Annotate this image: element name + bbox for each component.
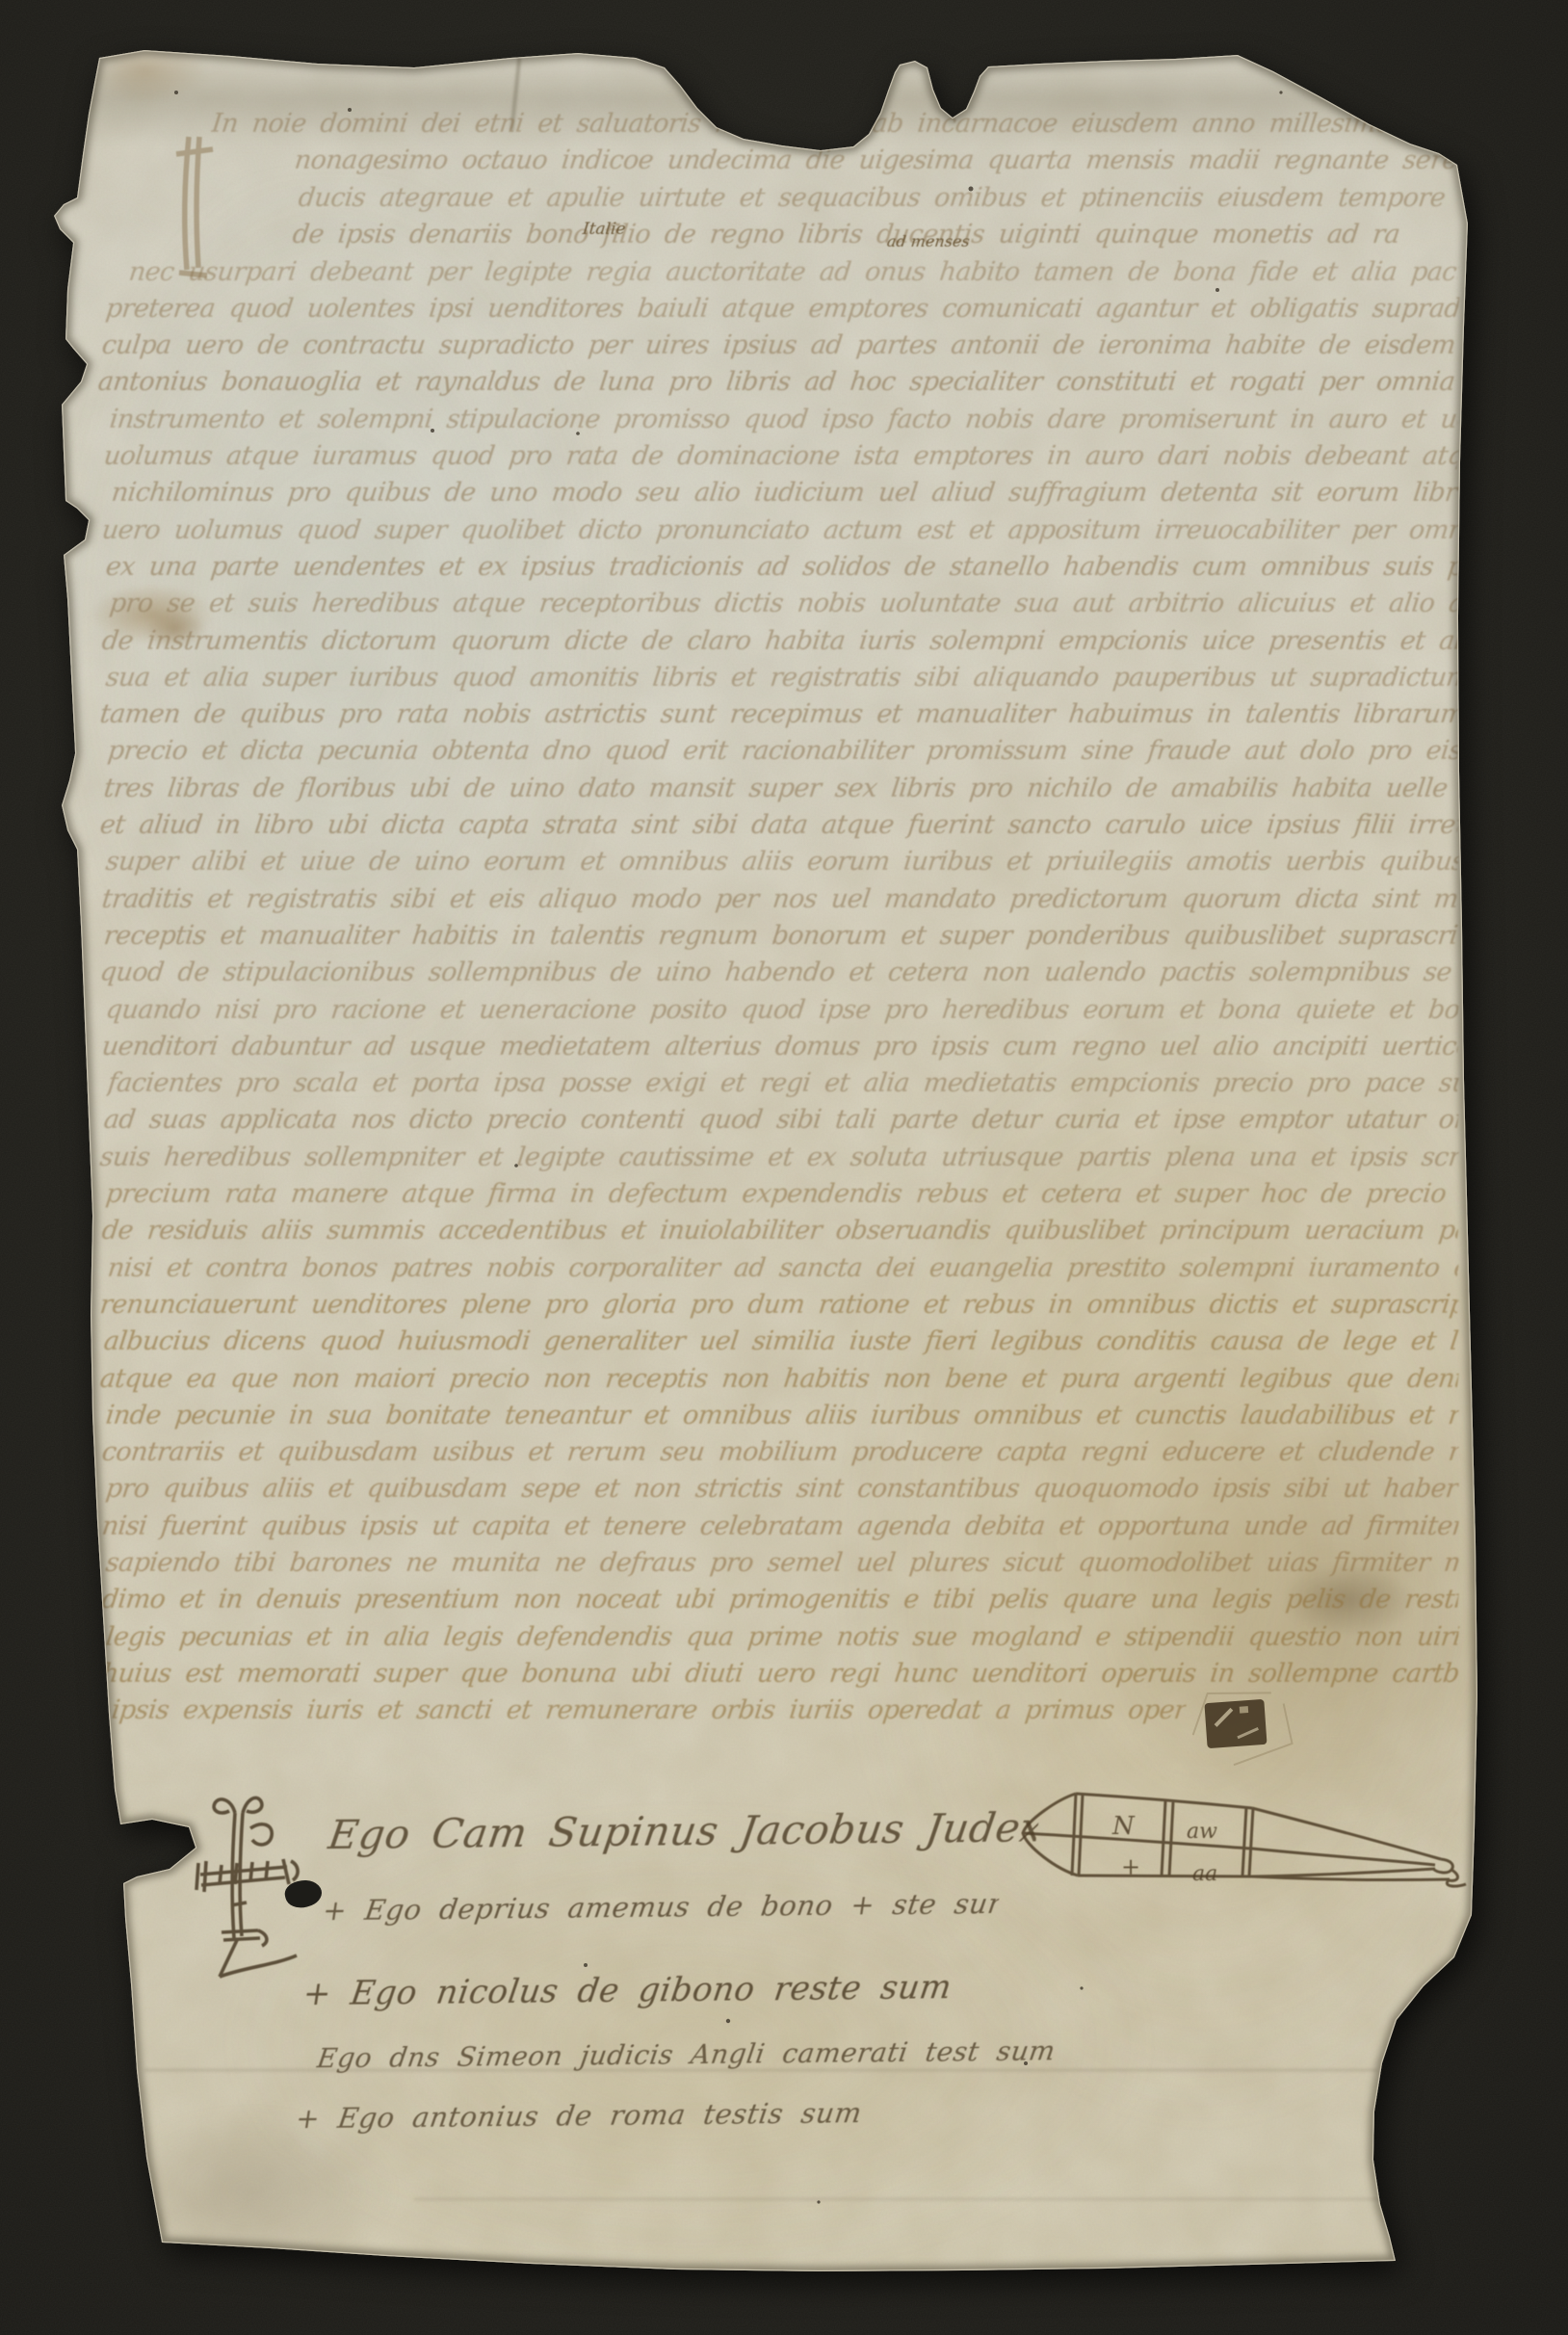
photo-stage: In noie domini dei etni et saluatoris nr…: [0, 0, 1568, 2335]
marginal-note: geste: [109, 1832, 164, 1855]
parchment-sheet: In noie domini dei etni et saluatoris nr…: [0, 0, 1568, 2335]
signature-line: + Ego deprius amemus de bono + ste sum: [321, 1887, 1001, 1927]
signature-line: Ego Cam Supinus Jacobus Judex: [326, 1803, 1041, 1858]
signature-line: + Ego nicolus de gibono reste sum: [301, 1968, 981, 2013]
signature-line: Ego dns Simeon judicis Angli camerati te…: [315, 2033, 1188, 2074]
signatures-block: Ego Cam Supinus Jacobus Judex+ Ego depri…: [0, 0, 1568, 2335]
parchment-wrapper: In noie domini dei etni et saluatoris nr…: [0, 0, 1568, 2335]
signature-line: + Ego antonius de roma testis sum: [294, 2095, 974, 2135]
